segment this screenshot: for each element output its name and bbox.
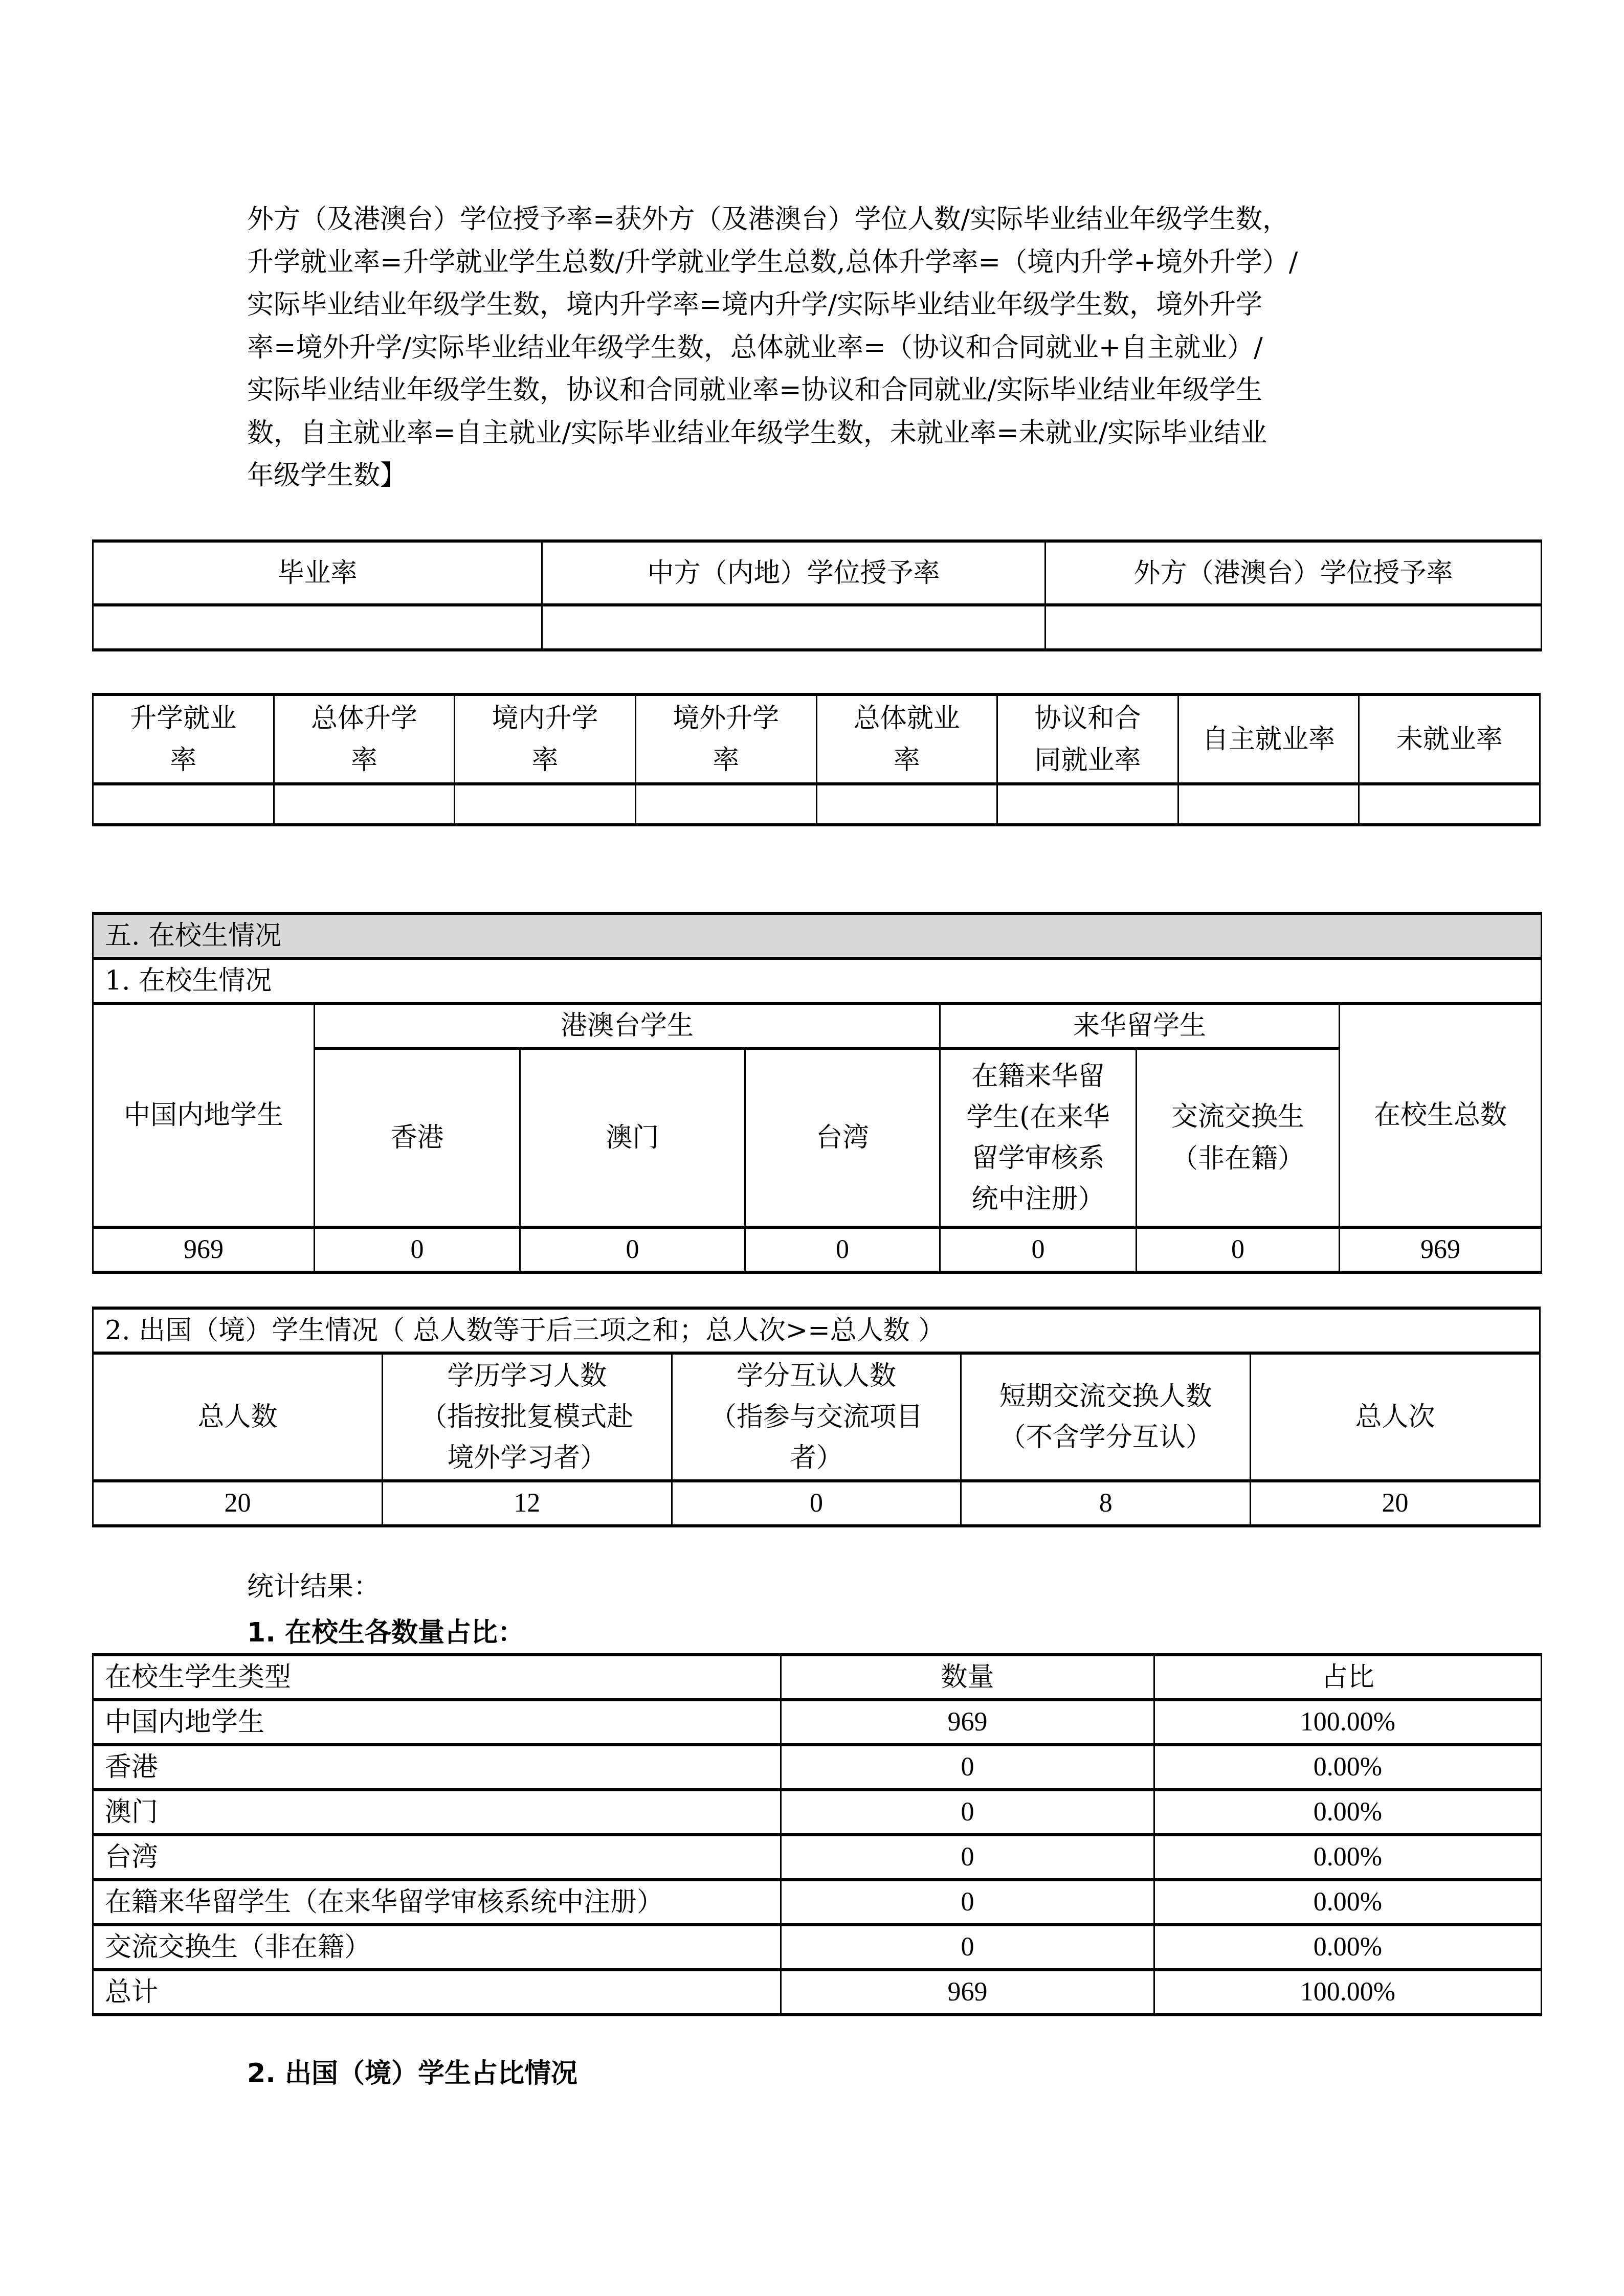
cell-ratio: 0.00%	[1154, 1925, 1542, 1970]
cell-total-people: 20	[93, 1481, 383, 1526]
paragraph-line: 实际毕业结业年级学生数，协议和合同就业率=协议和合同就业/实际毕业结业年级学生	[247, 369, 1393, 412]
cell-type: 香港	[93, 1745, 781, 1790]
table-row: 香港 0 0.00%	[93, 1745, 1542, 1790]
paragraph-line: 年级学生数】	[247, 455, 1393, 498]
header-total-people: 总人数	[93, 1353, 383, 1481]
degree-rate-table: 毕业率 中方（内地）学位授予率 外方（港澳台）学位授予率	[92, 539, 1542, 651]
cell-domestic-degree-rate	[542, 605, 1045, 650]
employment-rate-table: 升学就业率 总体升学率 境内升学率 境外升学率 总体就业率 协议和合同就业率 自…	[92, 693, 1541, 826]
cell-macau-count: 0	[520, 1227, 745, 1272]
cell-credit-recognition: 0	[672, 1481, 961, 1526]
header-international-students: 来华留学生	[940, 1003, 1340, 1048]
paragraph-line: 外方（及港澳台）学位授予率=获外方（及港澳台）学位人数/实际毕业结业年级学生数，	[247, 198, 1393, 241]
table-row: 台湾 0 0.00%	[93, 1835, 1542, 1880]
header-total-further-study-rate: 总体升学率	[274, 694, 455, 784]
paragraph-line: 实际毕业结业年级学生数，境内升学率=境内升学/实际毕业结业年级学生数，境外升学	[247, 284, 1393, 327]
header-degree-study: 学历学习人数（指按批复模式赴境外学习者）	[382, 1353, 672, 1481]
header-hmt-students: 港澳台学生	[315, 1003, 940, 1048]
cell-type: 交流交换生（非在籍）	[93, 1925, 781, 1970]
cell-type: 澳门	[93, 1790, 781, 1835]
header-unemployment-rate: 未就业率	[1359, 694, 1540, 784]
cell-total-person-times: 20	[1251, 1481, 1540, 1526]
header-hongkong: 香港	[315, 1048, 520, 1227]
table-row: 中国内地学生 969 100.00%	[93, 1700, 1542, 1745]
enrollment-ratio-table: 在校生学生类型 数量 占比 中国内地学生 969 100.00% 香港 0 0.…	[92, 1653, 1542, 2016]
cell-type: 总计	[93, 1970, 781, 2015]
cell-count: 0	[781, 1745, 1154, 1790]
section-title: 五. 在校生情况	[93, 913, 1542, 958]
header-total-enrolled: 在校生总数	[1340, 1003, 1542, 1227]
cell-total-further-study-rate	[274, 784, 455, 825]
cell-ratio: 0.00%	[1154, 1880, 1542, 1925]
formula-definitions-paragraph: 外方（及港澳台）学位授予率=获外方（及港澳台）学位人数/实际毕业结业年级学生数，…	[247, 198, 1393, 498]
cell-short-term-exchange: 8	[961, 1481, 1251, 1526]
header-exchange-students: 交流交换生 （非在籍）	[1137, 1048, 1340, 1227]
cell-taiwan-count: 0	[745, 1227, 940, 1272]
header-employment-rate: 升学就业率	[93, 694, 274, 784]
statistics-subheading-2: 2. 出国（境）学生占比情况	[247, 2058, 577, 2089]
cell-hongkong-count: 0	[315, 1227, 520, 1272]
cell-type: 中国内地学生	[93, 1700, 781, 1745]
header-macau: 澳门	[520, 1048, 745, 1227]
header-ratio: 占比	[1154, 1655, 1542, 1700]
header-domestic-degree-rate: 中方（内地）学位授予率	[542, 541, 1045, 605]
outbound-table-title: 2. 出国（境）学生情况（ 总人数等于后三项之和；总人次>=总人数 ）	[93, 1308, 1540, 1353]
cell-overseas-further-study-rate	[635, 784, 816, 825]
header-foreign-degree-rate: 外方（港澳台）学位授予率	[1045, 541, 1542, 605]
cell-degree-study: 12	[382, 1481, 672, 1526]
header-total-employment-rate: 总体就业率	[816, 694, 997, 784]
cell-ratio: 0.00%	[1154, 1835, 1542, 1880]
cell-unemployment-rate	[1359, 784, 1540, 825]
header-graduation-rate: 毕业率	[93, 541, 542, 605]
cell-count: 0	[781, 1790, 1154, 1835]
cell-total-enrolled-count: 969	[1340, 1227, 1542, 1272]
cell-registered-international-count: 0	[940, 1227, 1137, 1272]
cell-employment-rate	[93, 784, 274, 825]
cell-graduation-rate	[93, 605, 542, 650]
outbound-students-table: 2. 出国（境）学生情况（ 总人数等于后三项之和；总人次>=总人数 ） 总人数 …	[92, 1307, 1541, 1527]
cell-count: 0	[781, 1880, 1154, 1925]
cell-self-employment-rate	[1178, 784, 1359, 825]
enrolled-students-table: 五. 在校生情况 1. 在校生情况 中国内地学生 港澳台学生 来华留学生 在校生…	[92, 912, 1542, 1274]
cell-ratio: 0.00%	[1154, 1745, 1542, 1790]
header-taiwan: 台湾	[745, 1048, 940, 1227]
header-overseas-further-study-rate: 境外升学率	[635, 694, 816, 784]
table-row: 在籍来华留学生（在来华留学审核系统中注册） 0 0.00%	[93, 1880, 1542, 1925]
table-row: 澳门 0 0.00%	[93, 1790, 1542, 1835]
header-domestic-further-study-rate: 境内升学率	[455, 694, 636, 784]
cell-ratio: 100.00%	[1154, 1700, 1542, 1745]
cell-count: 969	[781, 1970, 1154, 2015]
header-count: 数量	[781, 1655, 1154, 1700]
header-student-type: 在校生学生类型	[93, 1655, 781, 1700]
header-mainland-students: 中国内地学生	[93, 1003, 315, 1227]
cell-count: 0	[781, 1835, 1154, 1880]
header-total-person-times: 总人次	[1251, 1353, 1540, 1481]
header-short-term-exchange: 短期交流交换人数（不含学分互认）	[961, 1353, 1251, 1481]
cell-contract-employment-rate	[997, 784, 1178, 825]
cell-type: 在籍来华留学生（在来华留学审核系统中注册）	[93, 1880, 781, 1925]
statistics-heading: 统计结果：	[247, 1571, 380, 1602]
cell-count: 969	[781, 1700, 1154, 1745]
cell-type: 台湾	[93, 1835, 781, 1880]
cell-total-employment-rate	[816, 784, 997, 825]
header-self-employment-rate: 自主就业率	[1178, 694, 1359, 784]
paragraph-line: 升学就业率=升学就业学生总数/升学就业学生总数,总体升学率=（境内升学+境外升学…	[247, 241, 1393, 284]
cell-foreign-degree-rate	[1045, 605, 1542, 650]
cell-ratio: 0.00%	[1154, 1790, 1542, 1835]
header-registered-international: 在籍来华留 学生(在来华 留学审核系 统中注册）	[940, 1048, 1137, 1227]
header-contract-employment-rate: 协议和合同就业率	[997, 694, 1178, 784]
cell-count: 0	[781, 1925, 1154, 1970]
table-row-total: 总计 969 100.00%	[93, 1970, 1542, 2015]
cell-ratio: 100.00%	[1154, 1970, 1542, 2015]
cell-mainland-count: 969	[93, 1227, 315, 1272]
paragraph-line: 数，自主就业率=自主就业/实际毕业结业年级学生数，未就业率=未就业/实际毕业结业	[247, 412, 1393, 455]
cell-exchange-count: 0	[1137, 1227, 1340, 1272]
statistics-subheading-1: 1. 在校生各数量占比：	[247, 1617, 524, 1648]
section-subtitle: 1. 在校生情况	[93, 958, 1542, 1003]
paragraph-line: 率=境外升学/实际毕业结业年级学生数，总体就业率=（协议和合同就业+自主就业）/	[247, 327, 1393, 370]
table-row: 交流交换生（非在籍） 0 0.00%	[93, 1925, 1542, 1970]
header-credit-recognition: 学分互认人数（指参与交流项目者）	[672, 1353, 961, 1481]
cell-domestic-further-study-rate	[455, 784, 636, 825]
